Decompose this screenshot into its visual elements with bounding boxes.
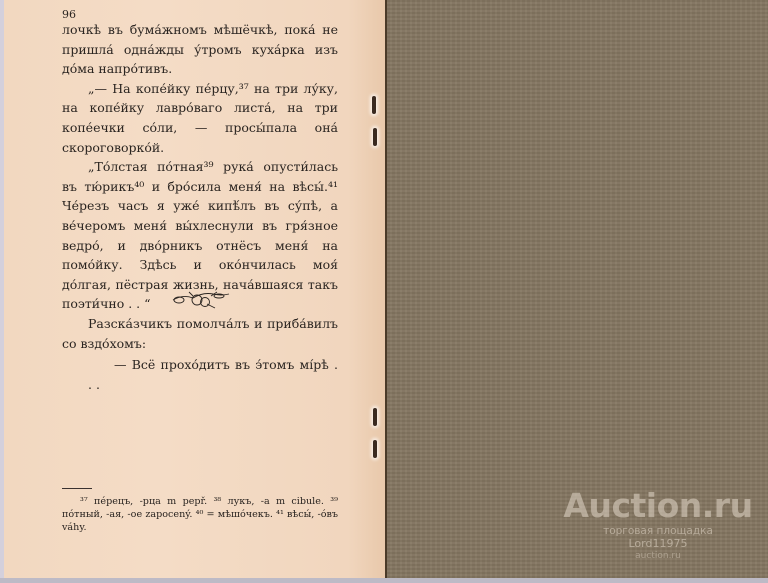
- paragraph-4: Разска́зчикъ помолча́лъ и приба́вилъ со …: [62, 314, 338, 353]
- staple-3: [373, 408, 377, 426]
- staple-2: [373, 128, 377, 146]
- watermark-subtitle: торговая площадка: [553, 525, 763, 537]
- staple-4: [373, 440, 377, 458]
- body-text: лочкѣ въ бума́жномъ мѣшёчкѣ, пока́ не пр…: [62, 20, 338, 394]
- staple-1: [372, 96, 376, 114]
- floral-ornament-icon: [167, 288, 235, 310]
- watermark-url: auction.ru: [553, 550, 763, 562]
- watermark-user: Lord11975: [553, 537, 763, 550]
- paragraph-2: „— На копе́йку пе́рцу,³⁷ на три лу́ку, н…: [62, 79, 338, 157]
- watermark-brand: Auction.ru: [553, 487, 763, 525]
- watermark: Auction.ru торговая площадка Lord11975 a…: [553, 487, 763, 562]
- paragraph-5: — Всё прохо́дитъ въ э́томъ мі́рѣ . . .: [62, 355, 338, 394]
- scan-bottom-edge: [0, 578, 768, 583]
- footnote-divider: [62, 488, 92, 489]
- paragraph-1: лочкѣ въ бума́жномъ мѣшёчкѣ, пока́ не пр…: [62, 20, 338, 79]
- footnotes: ³⁷ пе́рецъ, -рца m pepř. ³⁸ лукъ, -а m c…: [62, 495, 338, 534]
